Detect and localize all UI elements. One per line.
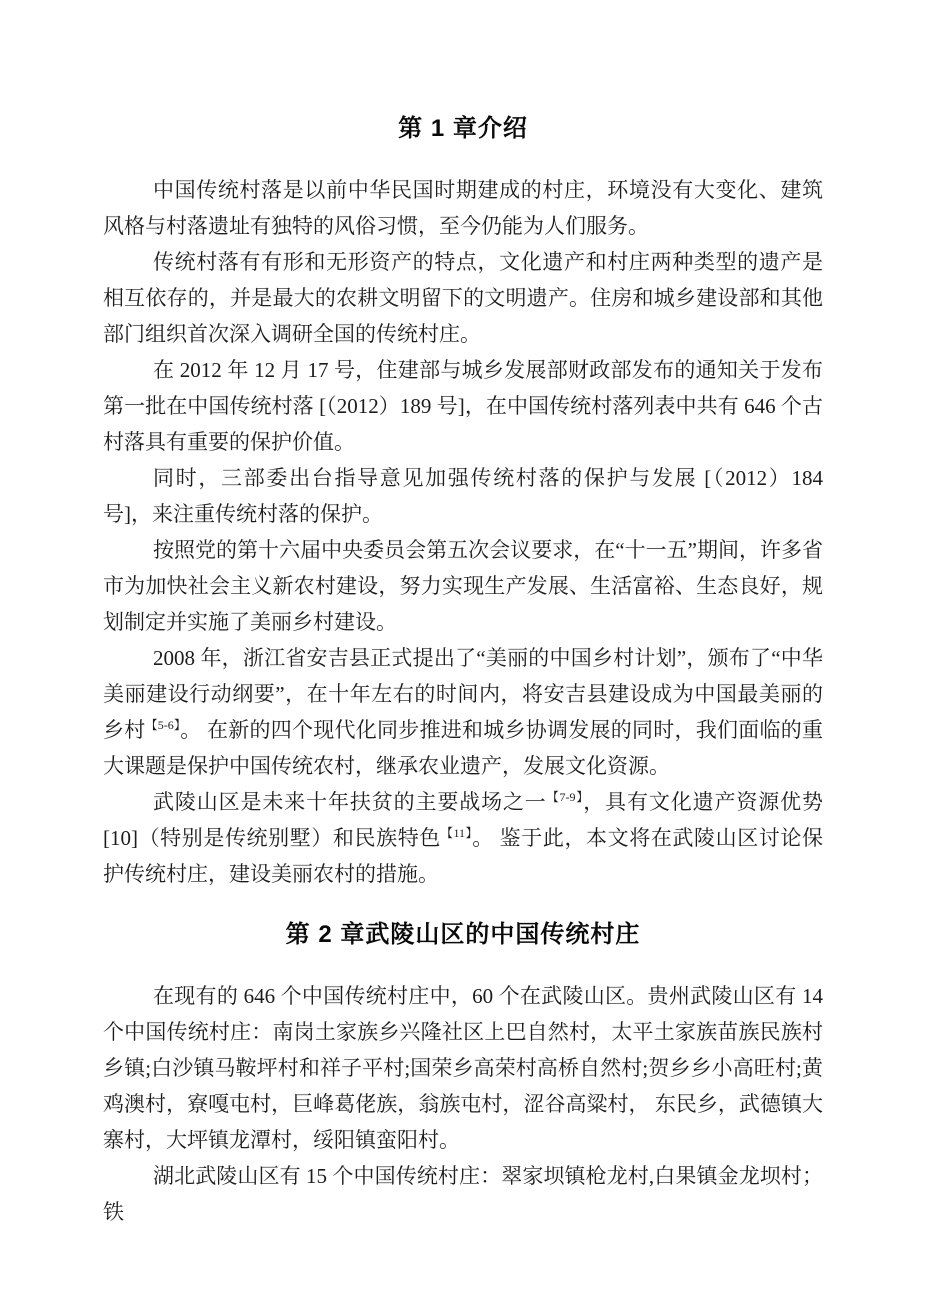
text-run: 在现有的 646 个中国传统村庄中，60 个在武陵山区。贵州武陵山区有 14 个… (103, 984, 823, 1152)
paragraph-1: 中国传统村落是以前中华民国时期建成的村庄，环境没有大变化、建筑风格与村落遗址有独… (103, 172, 823, 244)
document-page: 第 1 章介绍中国传统村落是以前中华民国时期建成的村庄，环境没有大变化、建筑风格… (0, 0, 926, 1309)
citation-superscript: 【5-6】 (146, 718, 181, 732)
text-run: 同时，三部委出台指导意见加强传统村落的保护与发展 [（2012）184 号]，来… (103, 466, 823, 526)
text-run: 传统村落有有形和无形资产的特点，文化遗产和村庄两种类型的遗产是相互依存的，并是最… (103, 250, 823, 346)
paragraph-6: 2008 年，浙江省安吉县正式提出了“美丽的中国乡村计划”，颁布了“中华美丽建设… (103, 640, 823, 784)
chapter-2-heading: 第 2 章武陵山区的中国传统村庄 (103, 918, 823, 952)
paragraph-9: 湖北武陵山区有 15 个中国传统村庄：翠家坝镇枪龙村,白果镇金龙坝村； 铁 (103, 1158, 823, 1230)
document-content: 第 1 章介绍中国传统村落是以前中华民国时期建成的村庄，环境没有大变化、建筑风格… (0, 0, 926, 1270)
text-run: 。 在新的四个现代化同步推进和城乡协调发展的同时，我们面临的重大课题是保护中国传… (103, 718, 823, 778)
text-run: 中国传统村落是以前中华民国时期建成的村庄，环境没有大变化、建筑风格与村落遗址有独… (103, 178, 823, 238)
paragraph-7: 武陵山区是未来十年扶贫的主要战场之一【7-9】，具有文化遗产资源优势[10]（特… (103, 784, 823, 892)
paragraph-8: 在现有的 646 个中国传统村庄中，60 个在武陵山区。贵州武陵山区有 14 个… (103, 978, 823, 1158)
paragraph-2: 传统村落有有形和无形资产的特点，文化遗产和村庄两种类型的遗产是相互依存的，并是最… (103, 244, 823, 352)
paragraph-4: 同时，三部委出台指导意见加强传统村落的保护与发展 [（2012）184 号]，来… (103, 460, 823, 532)
chapter-1-heading: 第 1 章介绍 (103, 112, 823, 146)
text-run: 按照党的第十六届中央委员会第五次会议要求，在“十一五”期间，许多省市为加快社会主… (103, 538, 823, 634)
text-run: 第 1 章介绍 (398, 115, 528, 142)
text-run: 第 2 章武陵山区的中国传统村庄 (286, 921, 641, 948)
paragraph-5: 按照党的第十六届中央委员会第五次会议要求，在“十一五”期间，许多省市为加快社会主… (103, 532, 823, 640)
citation-superscript: 【7-9】 (547, 790, 584, 804)
text-run: 湖北武陵山区有 15 个中国传统村庄：翠家坝镇枪龙村,白果镇金龙坝村； 铁 (103, 1164, 823, 1224)
text-run: 武陵山区是未来十年扶贫的主要战场之一 (153, 790, 547, 814)
citation-superscript: 【11】 (441, 826, 472, 840)
text-run: 在 2012 年 12 月 17 号，住建部与城乡发展部财政部发布的通知关于发布… (103, 358, 823, 454)
paragraph-3: 在 2012 年 12 月 17 号，住建部与城乡发展部财政部发布的通知关于发布… (103, 352, 823, 460)
